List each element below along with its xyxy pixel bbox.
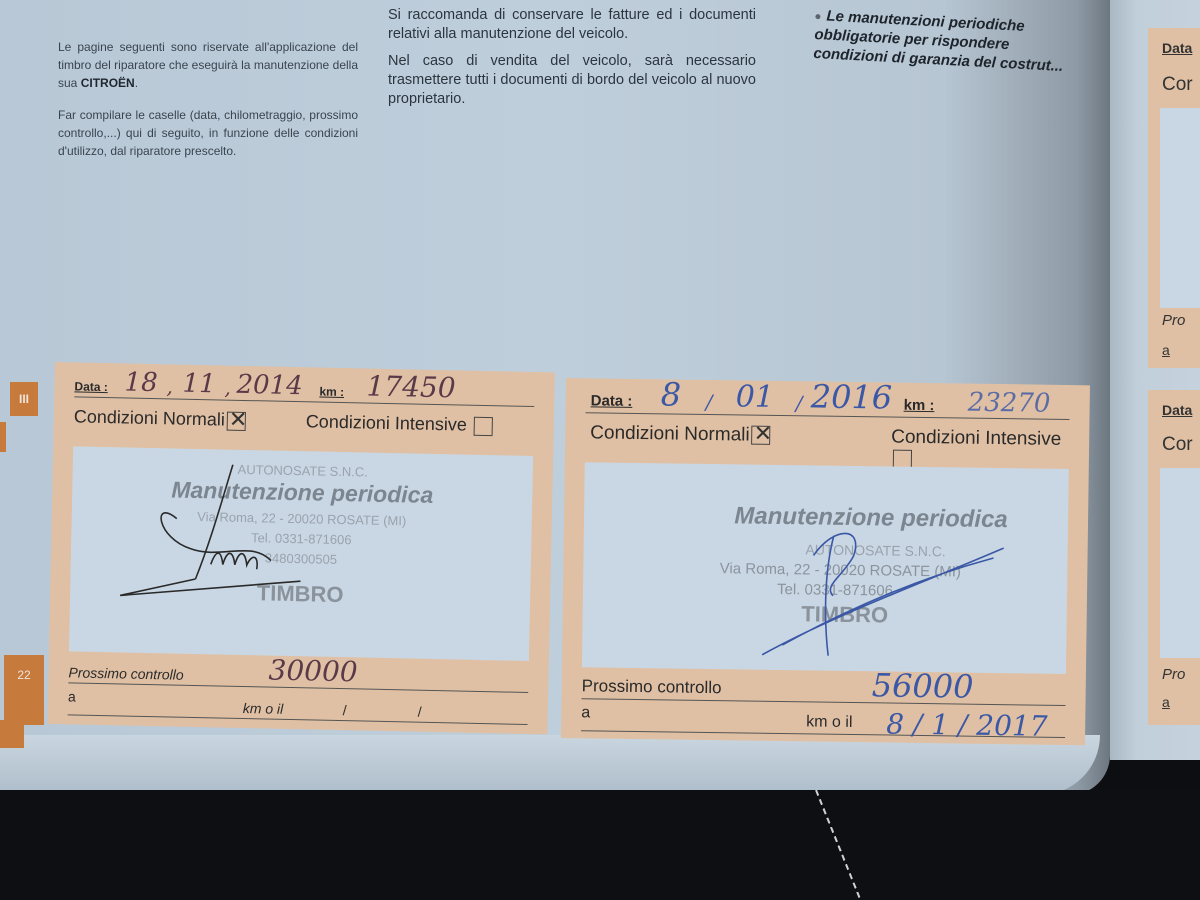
at-label: a [581, 704, 590, 722]
next-check-km[interactable]: 56000 [871, 666, 973, 705]
at-label: a [68, 688, 76, 704]
normal-conditions-checkbox[interactable] [227, 411, 246, 430]
date-label: Data : [74, 379, 108, 394]
normal-conditions-label: Condizioni Normali [74, 406, 225, 429]
next-check-row: Prossimo controllo 30000 [68, 660, 528, 693]
bullet-icon [815, 14, 820, 19]
km-value[interactable]: 23270 [967, 388, 1050, 419]
page-number-tab: 22 [4, 655, 44, 725]
signature-icon [752, 515, 1014, 669]
warranty-bullet-text: Le manutenzioni periodiche obbligatorie … [813, 8, 1064, 75]
km-value[interactable]: 17450 [366, 370, 456, 405]
date-label: Data [1162, 402, 1192, 418]
conditions-row: Condizioni Normali Condizioni Intensive [585, 422, 1069, 453]
next-check-date-row: a km o il / / [68, 688, 528, 725]
page-curled-edge [0, 735, 1100, 795]
km-label: km : [319, 385, 344, 400]
km-or-date-label: km o il [243, 700, 284, 717]
conditions-row: Condizioni Normali Condizioni Intensive [74, 406, 534, 440]
normal-conditions-label: Condizioni Normali [590, 422, 750, 445]
next-check-label: Pro [1162, 312, 1185, 329]
brand-name: CITROËN [81, 76, 135, 90]
km-or-date-label: km o il [806, 713, 852, 732]
next-check-label: Pro [1162, 666, 1185, 683]
date-row: Data : 8 / 01 / 2016 km : 23270 [586, 386, 1070, 420]
next-check-date[interactable]: 8 / 1 / 2017 [886, 708, 1048, 743]
recommendation-paragraph-1: Si raccomanda di conservare le fatture e… [388, 6, 756, 44]
date-month[interactable]: 11 [182, 369, 216, 400]
date-label: Data : [591, 392, 633, 410]
signature-icon [100, 457, 343, 602]
date-year[interactable]: 2016 [811, 377, 893, 416]
normal-conditions-checkbox[interactable] [752, 426, 771, 445]
chapter-tab-edge [0, 422, 6, 452]
intensive-conditions-label: Condizioni Intensive [306, 411, 467, 434]
stamp-area [1160, 468, 1200, 658]
next-check-row: Prossimo controllo 56000 [582, 676, 1066, 706]
stamp-area: Manutenzione periodica AUTONOSATE S.N.C.… [582, 462, 1069, 674]
intensive-conditions-label: Condizioni Intensive [891, 427, 1061, 450]
date-day[interactable]: 8 [661, 375, 682, 413]
date-row: Data : 18 , 11 , 2014 km : 17450 [74, 370, 534, 407]
date-year[interactable]: 2014 [236, 370, 303, 401]
page-tab-edge [0, 720, 24, 748]
recommendation-paragraph-2: Nel caso di vendita del veicolo, sarà ne… [388, 52, 756, 109]
intro-instructions: Le pagine seguenti sono riservate all'ap… [58, 38, 358, 174]
km-label: km : [904, 397, 935, 414]
next-check-date-row: a km o il 8 / 1 / 2017 [581, 704, 1065, 738]
right-page-record-2: Data Cor Pro a [1148, 390, 1200, 725]
next-check-km[interactable]: 30000 [268, 654, 358, 689]
next-check-label: Prossimo controllo [68, 664, 183, 682]
conditions-label: Cor [1162, 74, 1193, 96]
date-day[interactable]: 18 [124, 367, 158, 398]
at-label: a [1162, 342, 1170, 358]
chapter-tab: III [10, 382, 38, 416]
intro-paragraph-2: Far compilare le caselle (data, chilomet… [58, 106, 358, 160]
stamp-area [1160, 108, 1200, 308]
stamp-area: AUTONOSATE S.N.C. Manutenzione periodica… [69, 446, 533, 661]
car-seat-fabric [0, 790, 1200, 900]
at-label: a [1162, 694, 1170, 710]
date-label: Data [1162, 40, 1192, 56]
conditions-label: Cor [1162, 434, 1193, 456]
maintenance-record-2: Data : 8 / 01 / 2016 km : 23270 Condizio… [561, 378, 1090, 745]
next-check-label: Prossimo controllo [582, 676, 722, 698]
right-page-record-1: Data Cor Pro a [1148, 28, 1200, 368]
intro-recommendations: Si raccomanda di conservare le fatture e… [388, 6, 756, 117]
date-month[interactable]: 01 [736, 379, 775, 415]
maintenance-record-1: Data : 18 , 11 , 2014 km : 17450 Condizi… [47, 362, 554, 734]
intensive-conditions-checkbox[interactable] [474, 417, 493, 436]
